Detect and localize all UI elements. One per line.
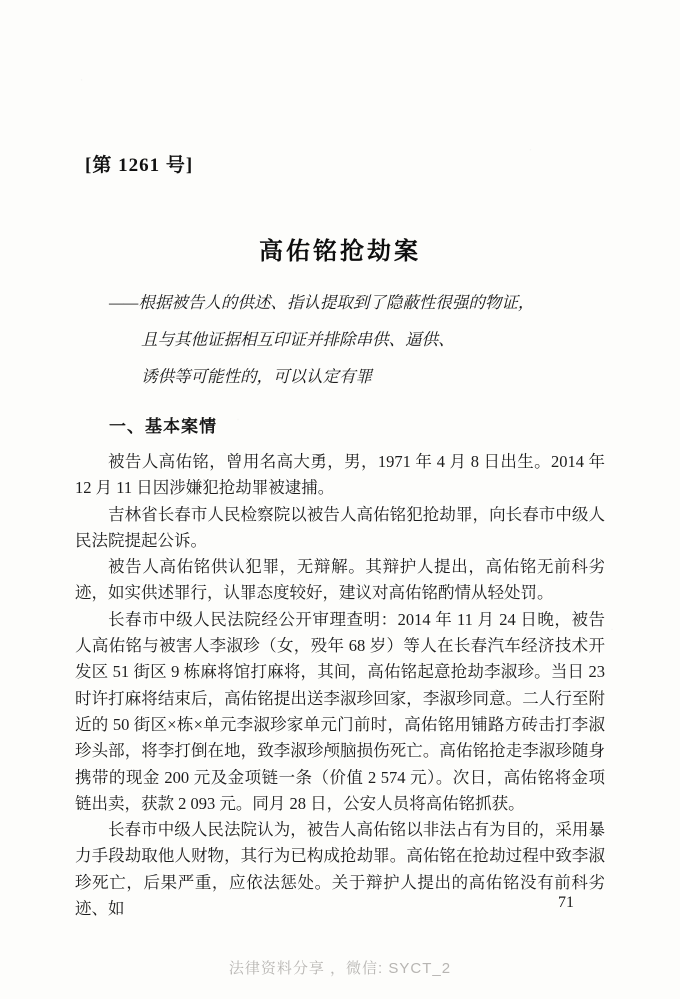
body-text: 被告人高佑铭，曾用名高大勇，男，1971 年 4 月 8 日出生。2014 年 …	[75, 449, 605, 922]
body-paragraph: 长春市中级人民法院认为，被告人高佑铭以非法占有为目的，采用暴力手段劫取他人财物，…	[75, 817, 605, 922]
guiding-principle: ——根据被告人的供述、指认提取到了隐蔽性很强的物证， 且与其他证据相互印证并排除…	[75, 284, 615, 395]
guiding-principle-line: 诱供等可能性的，可以认定有罪	[75, 358, 615, 395]
body-paragraph: 被告人高佑铭供认犯罪，无辩解。其辩护人提出，高佑铭无前科劣迹，如实供述罪行，认罪…	[75, 554, 605, 607]
document-page: [第 1261 号] 高佑铭抢劫案 ——根据被告人的供述、指认提取到了隐蔽性很强…	[0, 0, 680, 999]
case-title: 高佑铭抢劫案	[0, 231, 680, 266]
body-paragraph: 长春市中级人民法院经公开审理查明：2014 年 11 月 24 日晚，被告人高佑…	[75, 607, 605, 817]
section-heading-basic-facts: 一、基本案情	[109, 412, 217, 437]
body-paragraph: 被告人高佑铭，曾用名高大勇，男，1971 年 4 月 8 日出生。2014 年 …	[75, 449, 605, 502]
page-number: 71	[558, 894, 574, 912]
body-paragraph: 吉林省长春市人民检察院以被告人高佑铭犯抢劫罪，向长春市中级人民法院提起公诉。	[75, 502, 605, 555]
guiding-principle-line: 且与其他证据相互印证并排除串供、逼供、	[75, 321, 615, 358]
case-number: [第 1261 号]	[85, 150, 193, 177]
guiding-principle-line: ——根据被告人的供述、指认提取到了隐蔽性很强的物证，	[75, 284, 615, 321]
watermark: 法律资料分享 ，微信: SYCT_2	[0, 957, 680, 978]
